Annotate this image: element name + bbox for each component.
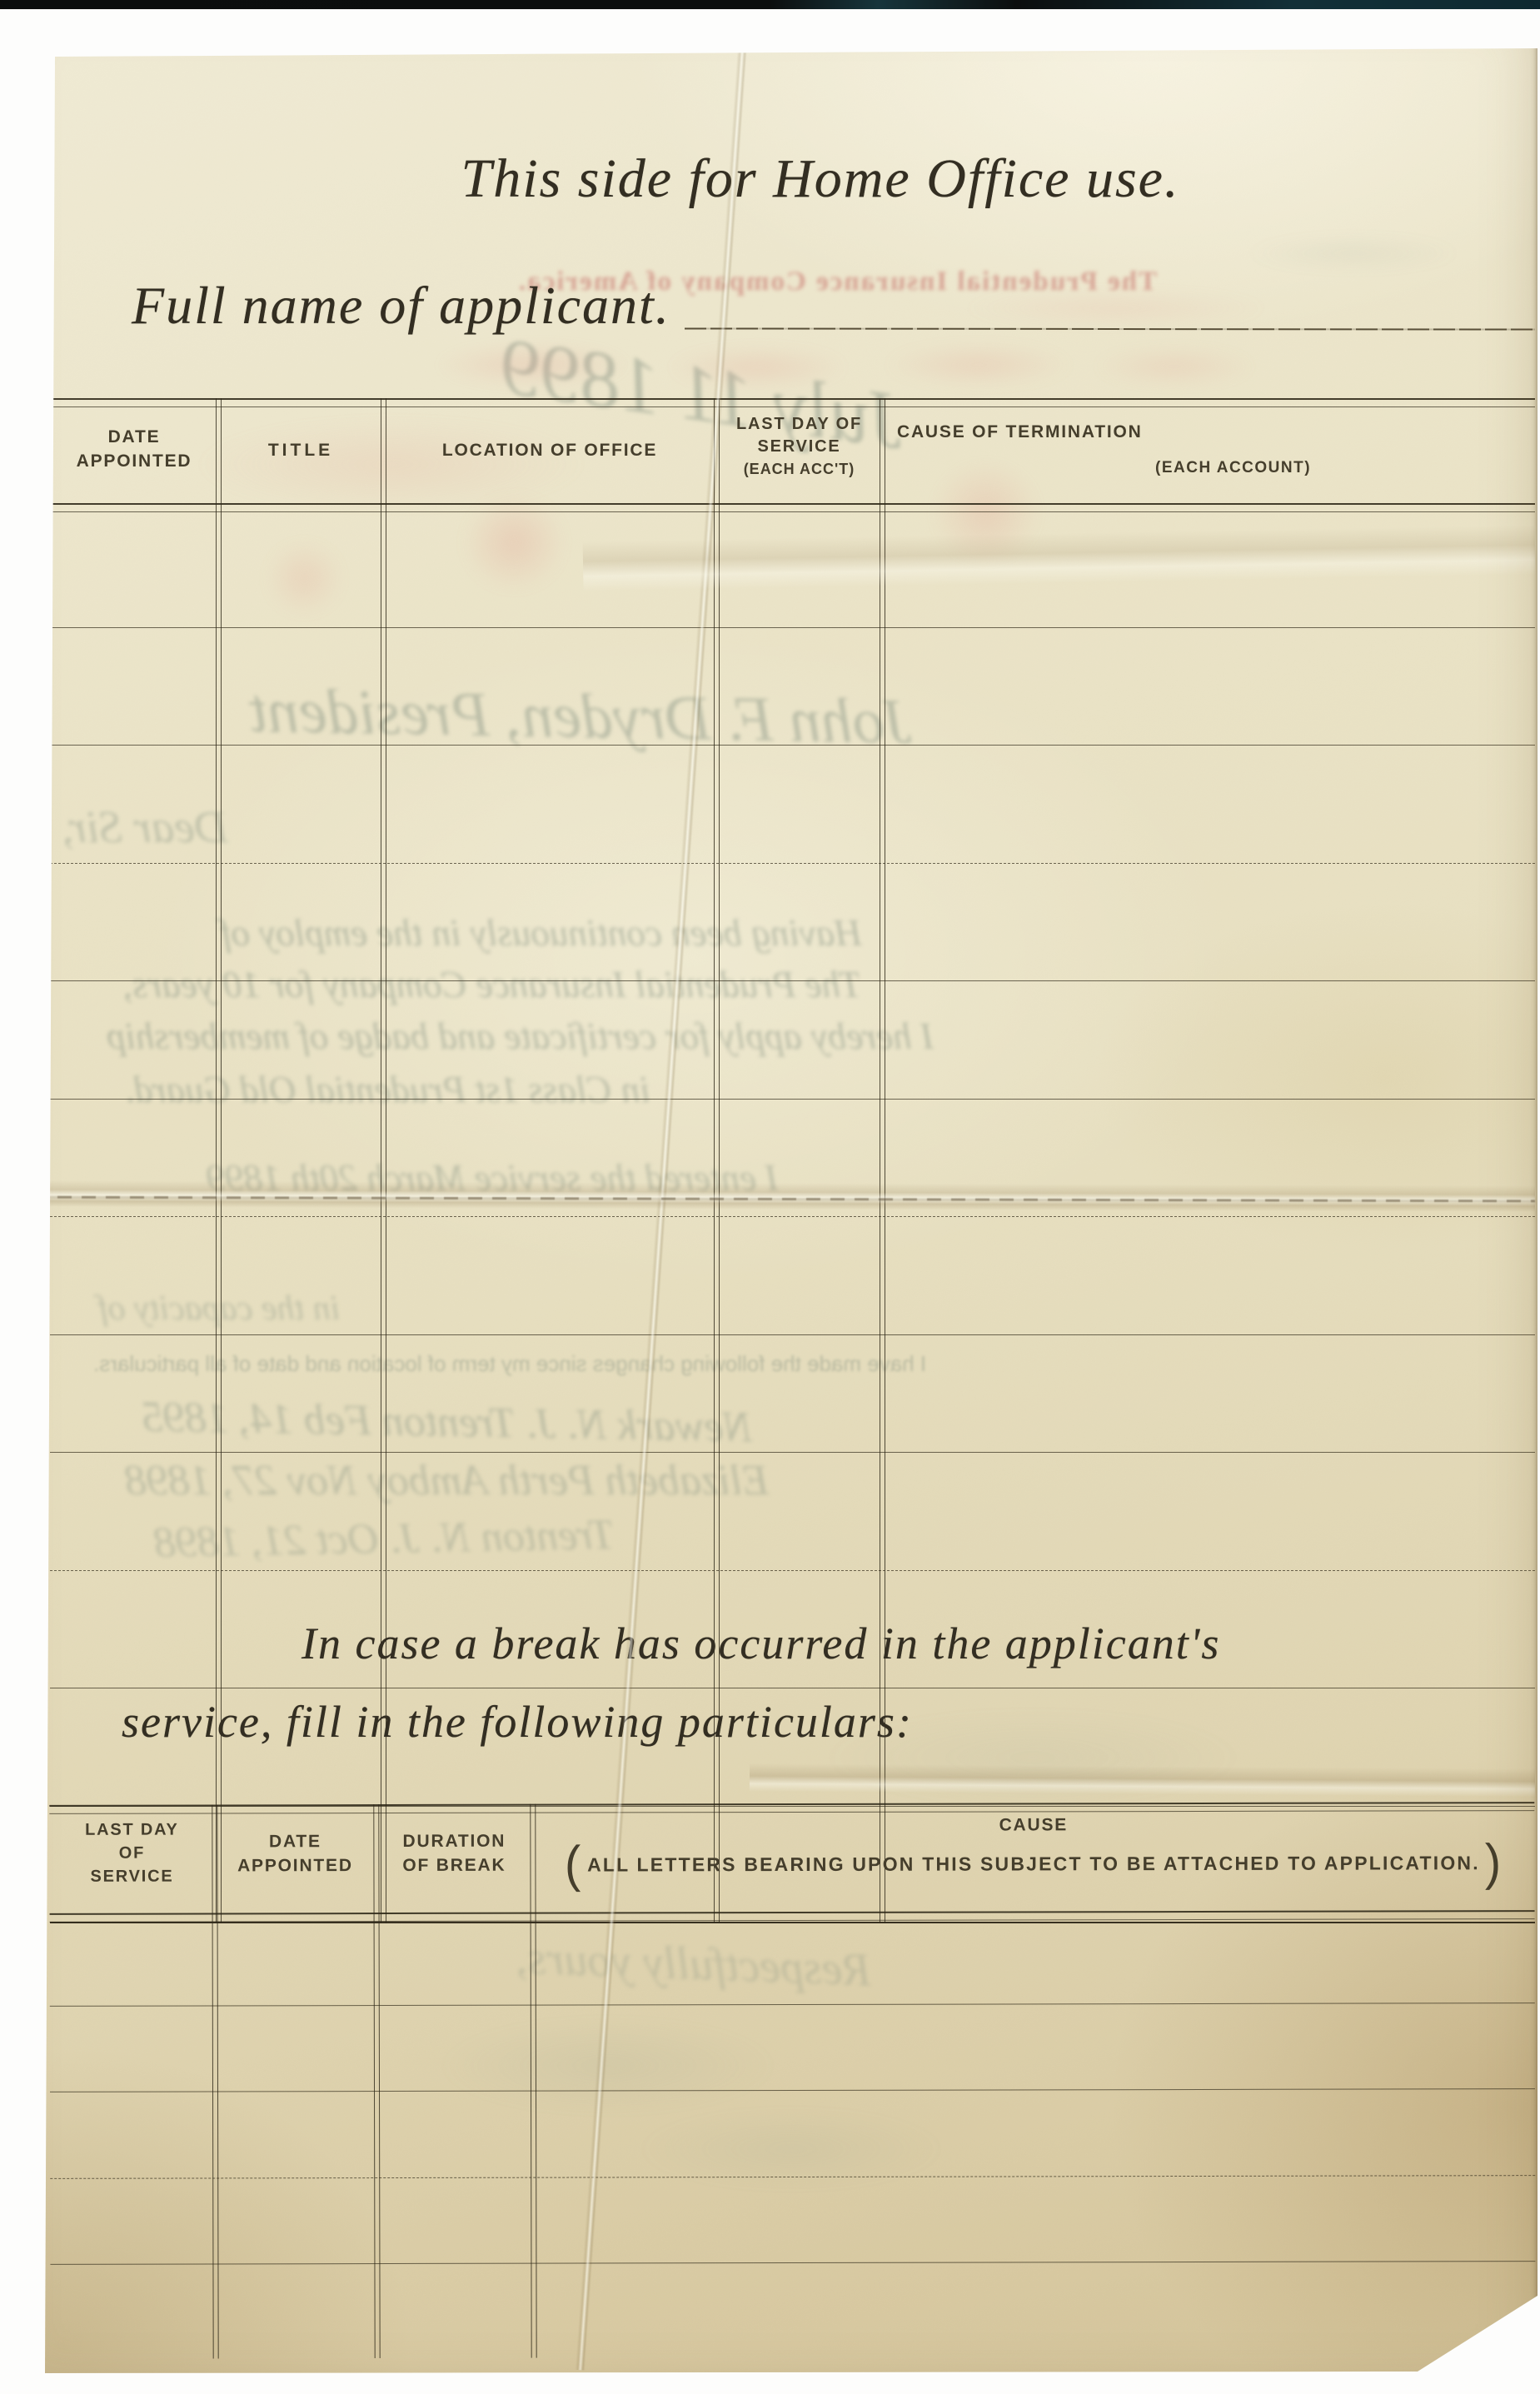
col-header-last-day-of-service: LAST DAY OF SERVICE: [49, 1818, 214, 1888]
service-history-table: DATE APPOINTED TITLE LOCATION OF OFFICE …: [50, 398, 1535, 1526]
table-top-rule: [50, 398, 1535, 407]
col-header-date-appointed: DATE APPOINTED: [214, 1829, 376, 1878]
break-table-row: [50, 2176, 1535, 2265]
close-paren: ): [1485, 1840, 1503, 1886]
service-table-row: [50, 628, 1535, 746]
col-header-duration-of-break: DURATION OF BREAK: [376, 1829, 532, 1878]
break-table-row: [50, 1917, 1535, 2006]
service-table-row: [50, 746, 1535, 864]
service-table-row: [50, 1100, 1535, 1218]
open-paren: (: [565, 1842, 582, 1888]
service-table-row: [50, 1335, 1535, 1454]
break-table-rows: [50, 1917, 1536, 2265]
col-header-cause-of-termination: CAUSE OF TERMINATION (EACH ACCOUNT): [882, 420, 1535, 480]
column-divider: [212, 1804, 218, 2358]
home-office-heading: This side for Home Office use.: [371, 152, 1270, 207]
col-header-last-day-of-service: LAST DAY OF SERVICE (EACH ACC'T): [716, 413, 882, 481]
printed-content: This side for Home Office use. Full name…: [0, 0, 1540, 2394]
column-divider: [714, 398, 720, 1923]
service-table-row: [50, 981, 1535, 1100]
break-note-line1: In case a break has occurred in the appl…: [302, 1621, 1220, 1666]
service-table-row: [50, 1217, 1535, 1335]
col-header-location-of-office: LOCATION OF OFFICE: [383, 438, 716, 462]
service-table-row: [50, 510, 1535, 628]
full-name-fill-line: [685, 327, 1535, 330]
break-in-service-table: LAST DAY OF SERVICE DATE APPOINTED DURAT…: [49, 1802, 1535, 2374]
column-divider: [216, 398, 222, 1923]
column-divider: [373, 1804, 380, 2358]
column-divider: [530, 1804, 536, 2358]
service-table-row: [50, 1453, 1535, 1571]
scanned-document: The Prudential Insurance Company of Amer…: [0, 0, 1540, 2394]
break-note-line2: service, fill in the following particula…: [122, 1699, 913, 1744]
col-header-cause: CAUSE ( ALL LETTERS BEARING UPON THIS SU…: [532, 1812, 1534, 1887]
form-page: The Prudential Insurance Company of Amer…: [0, 0, 1540, 2394]
col-header-title: TITLE: [218, 438, 383, 462]
column-divider: [880, 398, 885, 1923]
service-table-row: [50, 864, 1535, 982]
break-table-row: [50, 2089, 1535, 2178]
full-name-label: Full name of applicant.: [132, 279, 670, 332]
column-divider: [381, 398, 386, 1923]
scanner-edge-bar: [0, 0, 1540, 9]
break-table-row: [50, 2003, 1535, 2092]
col-header-date-appointed: DATE APPOINTED: [50, 425, 218, 473]
